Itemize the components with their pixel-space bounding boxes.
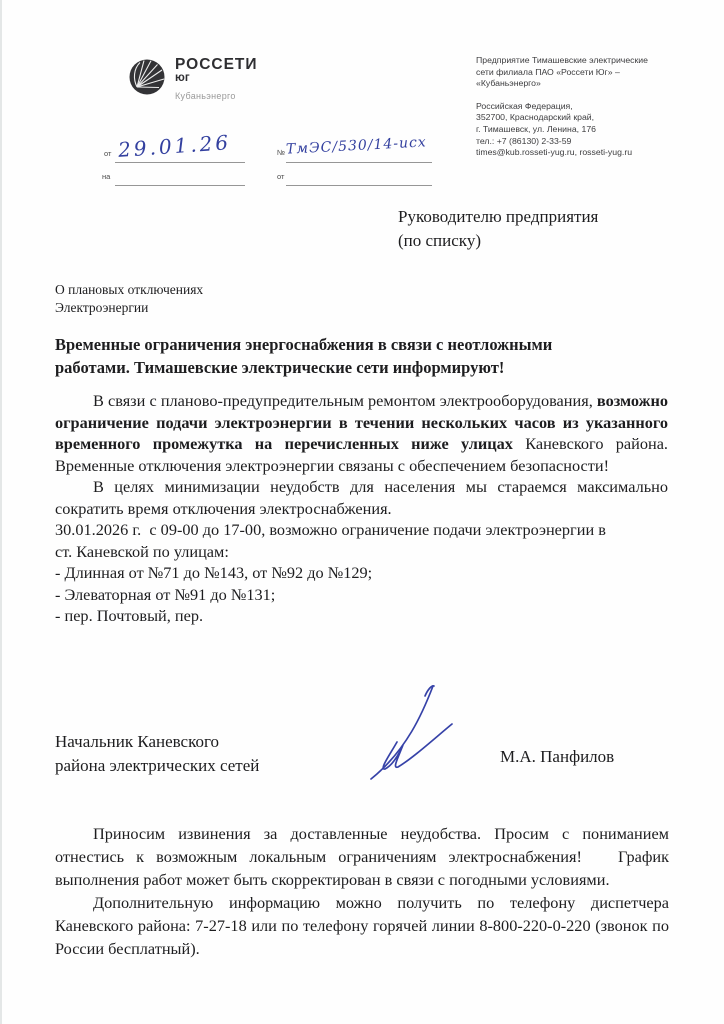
street-list: - Длинная от №71 до №143, от №92 до №129…	[55, 562, 668, 627]
sender-email-line: times@kub.rosseti-yug.ru, rosseti-yug.ru	[476, 147, 676, 159]
logo-subsidiary-label: Кубаньэнерго	[175, 91, 258, 101]
headline-line: работами. Тимашевские электрические сети…	[55, 356, 670, 379]
signatory-title-line: Начальник Каневского	[55, 730, 259, 754]
sender-address-line: Российская Федерация,	[476, 101, 676, 113]
sender-company-line: Предприятие Тимашевские электрические	[476, 55, 676, 67]
ref-date-label: от	[104, 149, 111, 158]
headline: Временные ограничения энергоснабжения в …	[55, 333, 670, 379]
contact-info-paragraph: Дополнительную информацию можно получить…	[55, 891, 669, 960]
sender-address-line: г. Тимашевск, ул. Ленина, 176	[476, 124, 676, 136]
globe-icon	[127, 57, 167, 102]
body-paragraph-2: В целях минимизации неудобств для населе…	[55, 476, 668, 519]
addressee-block: Руководителю предприятия (по списку)	[398, 205, 598, 253]
subject-line: Электроэнергии	[55, 299, 203, 317]
sender-contact-block: Предприятие Тимашевские электрические се…	[476, 55, 676, 159]
addressee-line: Руководителю предприятия	[398, 205, 598, 229]
signatory-title: Начальник Каневского района электрически…	[55, 730, 259, 778]
handwritten-number: ТмЭС/530/14-исх	[286, 134, 427, 157]
ref-number-label: №	[277, 148, 285, 157]
closing-block: Приносим извинения за доставленные неудо…	[55, 822, 669, 960]
apology-paragraph: Приносим извинения за доставленные неудо…	[55, 822, 669, 891]
logo-brand-label: РОССЕТИ	[175, 57, 258, 72]
sender-address-line: 352700, Краснодарский край,	[476, 112, 676, 124]
ref-reply-label: на	[102, 172, 110, 181]
addressee-line: (по списку)	[398, 229, 598, 253]
ref-date-underline	[115, 162, 245, 163]
rosseti-logo: РОССЕТИ юг Кубаньэнерго	[127, 57, 258, 102]
ref-number-underline	[286, 162, 432, 163]
scan-edge-artifact	[0, 0, 2, 1024]
handwritten-signature	[335, 668, 465, 803]
body-paragraph-3: 30.01.2026 г. с 09-00 до 17-00, возможно…	[55, 519, 668, 562]
signatory-title-line: района электрических сетей	[55, 754, 259, 778]
logo-division-label: юг	[175, 72, 258, 85]
ref-reply-underline	[115, 185, 245, 186]
ref-reply-date-underline	[286, 185, 432, 186]
sender-company-line: «Кубаньэнерго»	[476, 78, 676, 90]
logo-text-block: РОССЕТИ юг Кубаньэнерго	[175, 57, 258, 101]
body-paragraph-1: В связи с планово-предупредительным ремо…	[55, 390, 668, 476]
outage-datetime-line: 30.01.2026 г. с 09-00 до 17-00, возможно…	[55, 520, 606, 539]
subject-block: О плановых отключениях Электроэнергии	[55, 281, 203, 317]
handwritten-date: 29.01.26	[117, 130, 231, 162]
sender-company-line: сети филиала ПАО «Россети Юг» –	[476, 67, 676, 79]
letter-body: В связи с планово-предупредительным ремо…	[55, 390, 668, 627]
street-list-item: - пер. Почтовый, пер.	[55, 605, 668, 627]
scanned-letter-page: РОССЕТИ юг Кубаньэнерго Предприятие Тима…	[0, 0, 724, 1024]
headline-line: Временные ограничения энергоснабжения в …	[55, 333, 670, 356]
street-list-item: - Элеваторная от №91 до №131;	[55, 584, 668, 606]
sender-phone-line: тел.: +7 (86130) 2-33-59	[476, 136, 676, 148]
street-list-item: - Длинная от №71 до №143, от №92 до №129…	[55, 562, 668, 584]
body-p1-start: В связи с планово-предупредительным ремо…	[93, 391, 597, 410]
ref-reply-date-label: от	[277, 172, 284, 181]
subject-line: О плановых отключениях	[55, 281, 203, 299]
signatory-name: М.А. Панфилов	[500, 747, 614, 767]
outage-location-line: ст. Каневской по улицам:	[55, 542, 229, 561]
